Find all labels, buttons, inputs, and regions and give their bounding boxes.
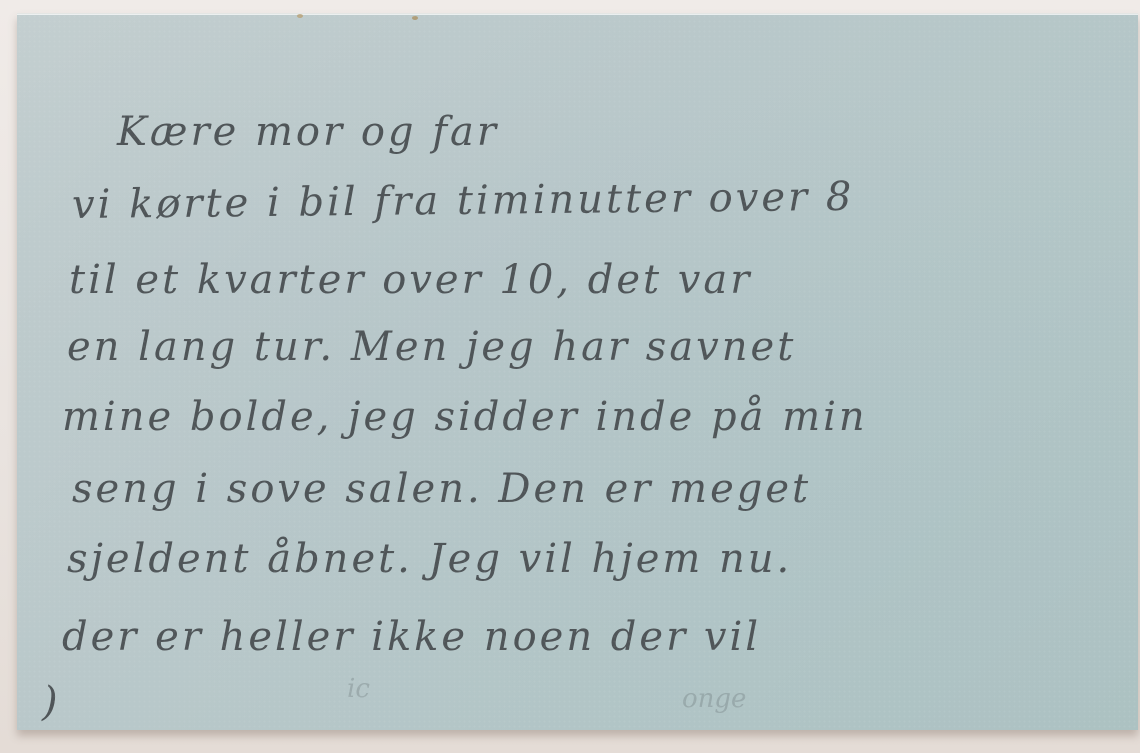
letter-line-9: ) xyxy=(42,679,61,725)
letter-line-4: en lang tur. Men jeg har savnet xyxy=(67,324,796,370)
faint-mark: onge xyxy=(682,684,746,714)
letter-line-8: der er heller ikke noen der vil xyxy=(62,614,761,660)
letter-line-7: sjeldent åbnet. Jeg vil hjem nu. xyxy=(67,536,792,582)
letter-line-2: vi kørte i bil fra timinutter over 8 xyxy=(72,174,855,228)
paper-stain xyxy=(412,16,418,20)
paper-stain xyxy=(297,14,303,18)
postcard: Kære mor og far vi kørte i bil fra timin… xyxy=(17,13,1138,730)
faint-mark: ic xyxy=(347,674,370,704)
letter-line-1: Kære mor og far xyxy=(117,109,499,155)
letter-line-6: seng i sove salen. Den er meget xyxy=(72,466,811,512)
letter-line-5: mine bolde, jeg sidder inde på min xyxy=(62,394,868,440)
letter-line-3: til et kvarter over 10, det var xyxy=(69,257,752,303)
